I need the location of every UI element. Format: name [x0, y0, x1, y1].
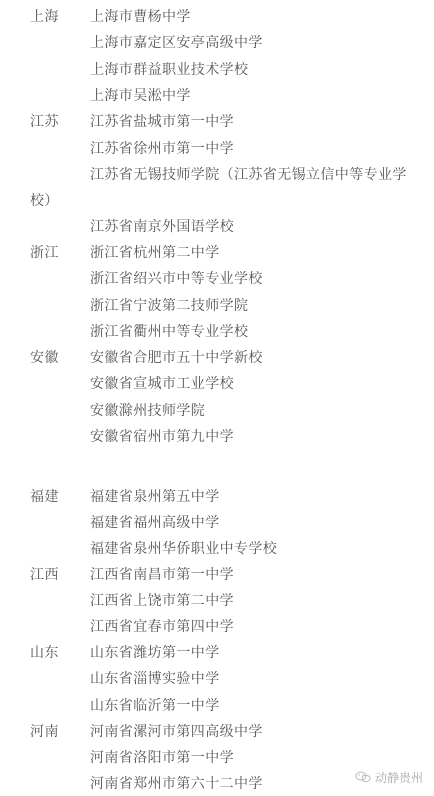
province-label: 安徽 [30, 345, 59, 371]
list-item: 江西江西省南昌市第一中学 [0, 562, 434, 588]
list-item: 浙江省宁波第二技师学院 [0, 293, 434, 319]
school-name: 山东省临沂第一中学 [90, 693, 220, 719]
school-name: 浙江省杭州第二中学 [90, 240, 220, 266]
school-name: 山东省淄博实验中学 [90, 666, 220, 692]
school-name: 福建省泉州第五中学 [90, 484, 220, 510]
list-item: 上海市吴淞中学 [0, 83, 434, 109]
list-item: 江西省上饶市第二中学 [0, 588, 434, 614]
list-item: 浙江省衢州中等专业学校 [0, 319, 434, 345]
school-name: 上海市吴淞中学 [90, 83, 191, 109]
list-item: 山东山东省潍坊第一中学 [0, 640, 434, 666]
school-name: 江苏省盐城市第一中学 [90, 109, 234, 135]
province-label: 河南 [30, 719, 59, 745]
school-name: 江苏省南京外国语学校 [90, 214, 234, 240]
list-item: 上海市群益职业技术学校 [0, 57, 434, 83]
list-item: 校） [0, 188, 434, 214]
watermark-text: 动静贵州 [375, 769, 423, 786]
school-name: 福建省泉州华侨职业中专学校 [90, 536, 277, 562]
list-item: 福建省福州高级中学 [0, 510, 434, 536]
list-item: 山东省淄博实验中学 [0, 666, 434, 692]
school-name: 江苏省无锡技师学院（江苏省无锡立信中等专业学 [90, 162, 407, 188]
province-label: 山东 [30, 640, 59, 666]
school-name: 河南省郑州市第六十二中学 [90, 771, 263, 796]
list-item: 安徽省宿州市第九中学 [0, 424, 434, 450]
list-item: 上海上海市曹杨中学 [0, 4, 434, 30]
school-name: 安徽省合肥市五十中学新校 [90, 345, 263, 371]
school-name: 福建省福州高级中学 [90, 510, 220, 536]
list-item: 上海市嘉定区安亭高级中学 [0, 30, 434, 56]
school-name: 河南省洛阳市第一中学 [90, 745, 234, 771]
school-name: 江西省南昌市第一中学 [90, 562, 234, 588]
list-item: 河南河南省漯河市第四高级中学 [0, 719, 434, 745]
list-item: 福建福建省泉州第五中学 [0, 484, 434, 510]
school-name: 河南省漯河市第四高级中学 [90, 719, 263, 745]
list-item: 浙江浙江省杭州第二中学 [0, 240, 434, 266]
province-label: 浙江 [30, 240, 59, 266]
school-name: 安徽省宣城市工业学校 [90, 371, 234, 397]
school-name: 上海市群益职业技术学校 [90, 57, 248, 83]
province-label: 江苏 [30, 109, 59, 135]
school-name: 上海市嘉定区安亭高级中学 [90, 30, 263, 56]
school-name: 上海市曹杨中学 [90, 4, 191, 30]
wechat-icon [355, 771, 371, 783]
school-name: 江西省宜春市第四中学 [90, 614, 234, 640]
list-item: 江苏省南京外国语学校 [0, 214, 434, 240]
list-item: 山东省临沂第一中学 [0, 693, 434, 719]
list-item: 安徽安徽省合肥市五十中学新校 [0, 345, 434, 371]
list-item: 浙江省绍兴市中等专业学校 [0, 266, 434, 292]
school-name: 安徽省宿州市第九中学 [90, 424, 234, 450]
list-item: 福建省泉州华侨职业中专学校 [0, 536, 434, 562]
school-name-continuation: 校） [30, 188, 59, 214]
school-name: 山东省潍坊第一中学 [90, 640, 220, 666]
list-item: 安徽滁州技师学院 [0, 398, 434, 424]
list-item: 江西省宜春市第四中学 [0, 614, 434, 640]
school-name: 浙江省衢州中等专业学校 [90, 319, 248, 345]
list-item: 江苏江苏省盐城市第一中学 [0, 109, 434, 135]
watermark: 动静贵州 [355, 768, 423, 786]
province-label: 上海 [30, 4, 59, 30]
school-name: 浙江省绍兴市中等专业学校 [90, 266, 263, 292]
province-label: 江西 [30, 562, 59, 588]
province-label: 福建 [30, 484, 59, 510]
list-item: 江苏省无锡技师学院（江苏省无锡立信中等专业学 [0, 162, 434, 188]
school-name: 安徽滁州技师学院 [90, 398, 205, 424]
school-name: 江西省上饶市第二中学 [90, 588, 234, 614]
list-item: 江苏省徐州市第一中学 [0, 136, 434, 162]
school-name: 江苏省徐州市第一中学 [90, 136, 234, 162]
school-name: 浙江省宁波第二技师学院 [90, 293, 248, 319]
list-item: 安徽省宣城市工业学校 [0, 371, 434, 397]
